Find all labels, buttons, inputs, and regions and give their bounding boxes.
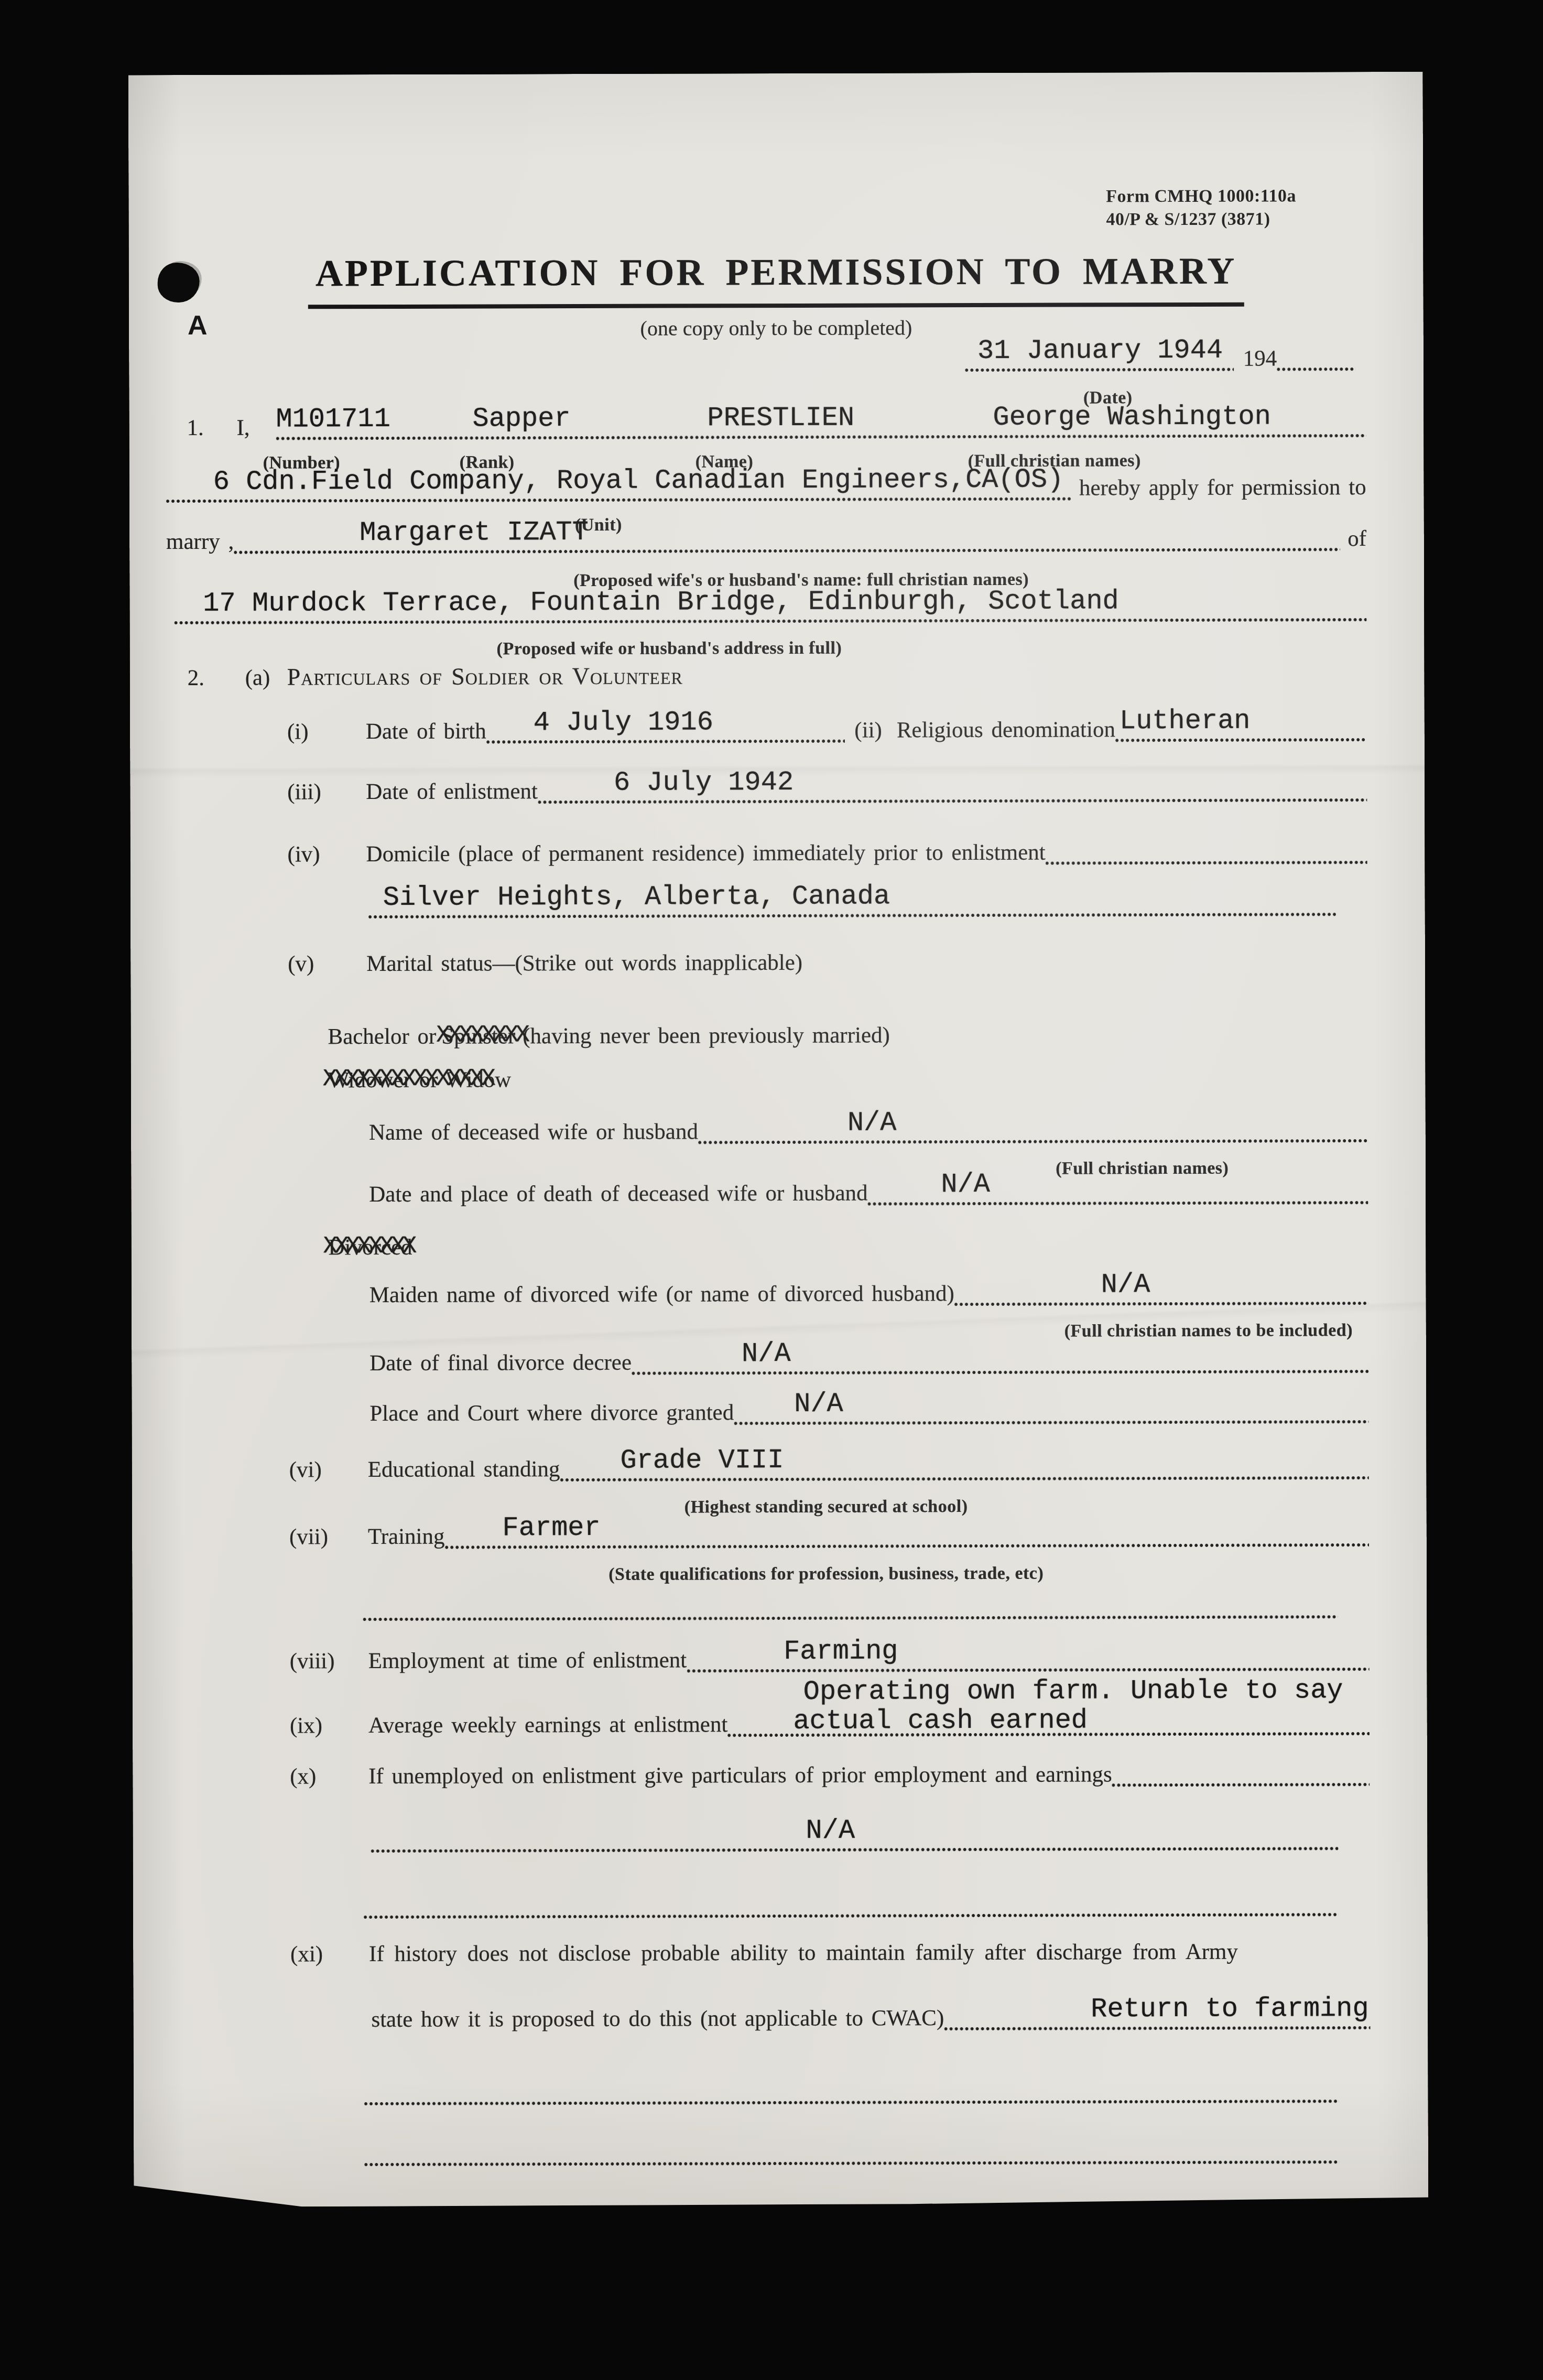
marital-status-label: Marital status—(Strike out words inappli… xyxy=(366,951,802,978)
field-divorce-decree-date: Date of final divorce decree N/A xyxy=(370,1341,1368,1377)
field-educational-standing: (vi) Educational standing Grade VIII xyxy=(289,1447,1369,1484)
date-typed-value: 31 January 1944 xyxy=(977,337,1223,365)
subsection-a-label: (a) xyxy=(245,666,287,691)
dotted-line: N/A xyxy=(632,1356,1368,1377)
form-reference-line1: Form CMHQ 1000:110a xyxy=(1106,185,1296,208)
form-reference-line2: 40/P & S/1237 (3871) xyxy=(1106,208,1296,232)
widower-struck-word: Widower or Widow XXXXXXXXXXXXXXX xyxy=(328,1068,512,1094)
date-of-birth-label: Date of birth xyxy=(366,719,486,745)
field-date-of-birth-and-religion: (i) Date of birth 4 July 1916 (ii) Relig… xyxy=(287,709,1367,745)
blank-dotted-line xyxy=(363,1586,1338,1622)
divorce-decree-label: Date of final divorce decree xyxy=(370,1351,632,1377)
death-date-place-label: Date and place of death of deceased wife… xyxy=(369,1181,867,1208)
blank-dotted-line xyxy=(364,2071,1339,2107)
domicile-value-line: Silver Heights, Alberta, Canada xyxy=(368,884,1336,920)
rank-value: Sapper xyxy=(472,405,570,432)
marry-prefix-text: marry , xyxy=(166,530,234,556)
date-of-enlistment-label: Date of enlistment xyxy=(366,780,538,806)
pronoun-i: I, xyxy=(236,416,276,441)
item-ix-numeral: (ix) xyxy=(290,1714,368,1740)
maiden-name-value: N/A xyxy=(1101,1271,1150,1299)
form-reference-number: Form CMHQ 1000:110a 40/P & S/1237 (3871) xyxy=(1106,185,1296,231)
maintain-family-text-line1: If history does not disclose probable ab… xyxy=(369,1940,1238,1968)
earnings-answer-line1: Operating own farm. Unable to say xyxy=(803,1677,1343,1706)
dotted-line: 6 July 1942 xyxy=(538,784,1367,805)
field-employment-at-enlistment: (viii) Employment at time of enlistment … xyxy=(289,1639,1369,1675)
training-label: Training xyxy=(368,1525,445,1551)
field-marital-status: (v) Marital status—(Strike out words ina… xyxy=(288,942,1367,978)
dotted-line: Farmer xyxy=(445,1529,1370,1551)
item-vii-numeral: (vii) xyxy=(289,1525,368,1551)
item-vi-numeral: (vi) xyxy=(289,1458,368,1484)
training-caption-row: (State qualifications for profession, bu… xyxy=(370,1563,1369,1589)
of-suffix-text: of xyxy=(1348,527,1366,553)
maiden-name-caption: (Full christian names to be included) xyxy=(1064,1321,1353,1341)
unemployed-value-line: N/A xyxy=(371,1818,1338,1854)
maintain-family-value: Return to farming xyxy=(1091,1995,1369,2023)
educational-standing-label: Educational standing xyxy=(368,1457,560,1484)
item-1-number: 1. xyxy=(187,416,236,442)
death-date-place-value: N/A xyxy=(941,1171,990,1198)
blank-dotted-line xyxy=(364,1884,1339,1920)
spinster-struck-word: Spinster XXXXXXXX xyxy=(441,1024,515,1051)
divorce-court-label: Place and Court where divorce granted xyxy=(370,1401,734,1427)
field-maintain-family-line2: state how it is proposed to do this (not… xyxy=(371,1997,1370,2033)
item-i-numeral: (i) xyxy=(287,720,366,746)
domicile-label: Domicile (place of permanent residence) … xyxy=(366,841,1046,869)
dotted-line: Farming xyxy=(687,1653,1370,1674)
item-iv-numeral: (iv) xyxy=(288,842,366,869)
dotted-line: 31 January 1944 xyxy=(965,354,1234,373)
printed-year-prefix: 194 xyxy=(1243,347,1277,372)
dotted-line: Grade VIII xyxy=(560,1462,1368,1483)
section-2-heading: 2. (a) Particulars of Soldier or Volunte… xyxy=(188,659,683,691)
dotted-line xyxy=(1112,1769,1370,1788)
date-of-enlistment-value: 6 July 1942 xyxy=(614,769,794,797)
divorced-option-line: Divorced XXXXXXXX xyxy=(328,1228,412,1261)
divorce-decree-value: N/A xyxy=(742,1340,791,1368)
scanned-page-background: { "page": { "background": "#070707", "pa… xyxy=(0,0,1543,2380)
educational-standing-caption: (Highest standing secured at school) xyxy=(684,1497,968,1517)
dotted-line: N/A xyxy=(954,1288,1368,1307)
date-of-birth-value: 4 July 1916 xyxy=(534,709,713,737)
form-subtitle: (one copy only to be completed) xyxy=(129,314,1424,342)
soldier-identity-line: 1. I, M101711 Sapper PRESTLIEN George Wa… xyxy=(187,405,1366,442)
dotted-line xyxy=(364,2146,1339,2168)
dotted-line: 17 Murdock Terrace, Fountain Bridge, Edi… xyxy=(174,604,1366,626)
field-deceased-name: Name of deceased wife or husband N/A xyxy=(369,1110,1368,1146)
dotted-line xyxy=(364,1899,1339,1920)
spinster-strikeout-xs: XXXXXXXX xyxy=(436,1022,527,1048)
dotted-line: Return to farming xyxy=(944,2012,1370,2032)
spouse-name-value: Margaret IZATT xyxy=(360,519,589,547)
dotted-line: Margaret IZATT xyxy=(234,534,1340,556)
domicile-value: Silver Heights, Alberta, Canada xyxy=(383,883,890,912)
dotted-line: M101711 Sapper PRESTLIEN George Washingt… xyxy=(276,420,1366,441)
field-date-of-enlistment: (iii) Date of enlistment 6 July 1942 xyxy=(287,770,1367,806)
dotted-line: N/A xyxy=(867,1187,1368,1207)
religious-denomination-label: Religious denomination xyxy=(897,718,1115,744)
field-domicile: (iv) Domicile (place of permanent reside… xyxy=(287,832,1367,868)
dotted-line xyxy=(363,1601,1338,1622)
item-x-numeral: (x) xyxy=(290,1765,368,1791)
dotted-line: Lutheran xyxy=(1115,724,1367,743)
spouse-address-value: 17 Murdock Terrace, Fountain Bridge, Edi… xyxy=(203,588,1119,618)
training-caption: (State qualifications for profession, bu… xyxy=(608,1564,1044,1585)
dotted-line: N/A xyxy=(734,1406,1368,1426)
dotted-line: N/A xyxy=(698,1125,1368,1145)
item-v-numeral: (v) xyxy=(288,952,366,978)
earnings-label: Average weekly earnings at enlistment xyxy=(368,1713,728,1739)
spouse-address-line: 17 Murdock Terrace, Fountain Bridge, Edi… xyxy=(174,589,1366,626)
divorced-struck-word: Divorced XXXXXXXX xyxy=(328,1236,412,1262)
earnings-answer-line2: actual cash earned xyxy=(793,1707,1088,1735)
field-death-date-place: Date and place of death of deceased wife… xyxy=(369,1172,1368,1208)
unit-line: 6 Cdn.Field Company, Royal Canadian Engi… xyxy=(166,468,1366,504)
training-value: Farmer xyxy=(502,1514,600,1542)
divorced-strikeout-xs: XXXXXXXX xyxy=(323,1234,414,1259)
scanned-form-paper: Form CMHQ 1000:110a 40/P & S/1237 (3871)… xyxy=(128,72,1429,2211)
field-unemployed-particulars: (x) If unemployed on enlistment give par… xyxy=(290,1754,1370,1790)
deceased-name-value: N/A xyxy=(847,1109,897,1137)
bachelor-suffix-text: (having never been previously married) xyxy=(523,1023,890,1050)
form-title-text: APPLICATION FOR PERMISSION TO MARRY xyxy=(308,250,1244,309)
item-iii-numeral: (iii) xyxy=(287,780,366,806)
dotted-line: 6 Cdn.Field Company, Royal Canadian Engi… xyxy=(166,483,1072,505)
date-field: 31 January 1944 194 xyxy=(965,339,1355,373)
marry-line: marry , Margaret IZATT of xyxy=(166,519,1366,556)
maiden-name-label: Maiden name of divorced wife (or name of… xyxy=(370,1282,954,1309)
surname-value: PRESTLIEN xyxy=(707,405,854,432)
field-divorce-court: Place and Court where divorce granted N/… xyxy=(370,1391,1368,1427)
widower-option-line: Widower or Widow XXXXXXXXXXXXXXX xyxy=(328,1060,512,1094)
field-maiden-name: Maiden name of divorced wife (or name of… xyxy=(370,1273,1368,1309)
widower-strikeout-xs: XXXXXXXXXXXXXXX xyxy=(323,1066,493,1091)
divorce-court-value: N/A xyxy=(794,1391,843,1418)
item-xi-numeral: (xi) xyxy=(290,1942,369,1968)
item-ii-numeral: (ii) xyxy=(854,718,882,744)
maintain-family-text-line2: state how it is proposed to do this (not… xyxy=(371,2006,944,2033)
particulars-heading: Particulars of Soldier or Volunteer xyxy=(287,663,683,691)
deceased-name-label: Name of deceased wife or husband xyxy=(369,1120,698,1146)
dotted-line: actual cash earned xyxy=(727,1718,1370,1738)
field-maintain-family-line1: (xi) If history does not disclose probab… xyxy=(290,1932,1370,1968)
dotted-line xyxy=(1277,353,1355,372)
form-title: APPLICATION FOR PERMISSION TO MARRY xyxy=(129,249,1424,309)
field-average-weekly-earnings: (ix) Average weekly earnings at enlistme… xyxy=(290,1703,1370,1739)
unemployed-value: N/A xyxy=(806,1818,855,1845)
employment-value: Farming xyxy=(784,1638,898,1665)
field-training: (vii) Training Farmer xyxy=(289,1514,1369,1551)
christian-names-value: George Washington xyxy=(993,404,1271,431)
spouse-address-caption: (Proposed wife or husband's address in f… xyxy=(496,639,842,659)
dotted-line xyxy=(364,2085,1339,2107)
dotted-line: 4 July 1916 xyxy=(486,726,845,745)
educational-standing-value: Grade VIII xyxy=(620,1447,784,1475)
dotted-line xyxy=(1046,847,1367,867)
hereby-apply-text: hereby apply for permission to xyxy=(1079,475,1366,502)
unit-value: 6 Cdn.Field Company, Royal Canadian Engi… xyxy=(213,467,1064,496)
dotted-line: N/A xyxy=(371,1833,1338,1854)
blank-dotted-line xyxy=(364,2132,1339,2168)
unemployed-label: If unemployed on enlistment give particu… xyxy=(368,1762,1112,1790)
item-viii-numeral: (viii) xyxy=(290,1649,368,1675)
religious-denomination-value: Lutheran xyxy=(1120,708,1251,735)
item-2-number: 2. xyxy=(188,666,245,692)
bachelor-option-line: Bachelor or Spinster XXXXXXXX (having ne… xyxy=(328,1015,889,1051)
bachelor-prefix-text: Bachelor or xyxy=(328,1025,436,1051)
service-number-value: M101711 xyxy=(276,406,390,434)
employment-label: Employment at time of enlistment xyxy=(368,1648,687,1675)
dotted-line: Silver Heights, Alberta, Canada xyxy=(368,899,1336,920)
